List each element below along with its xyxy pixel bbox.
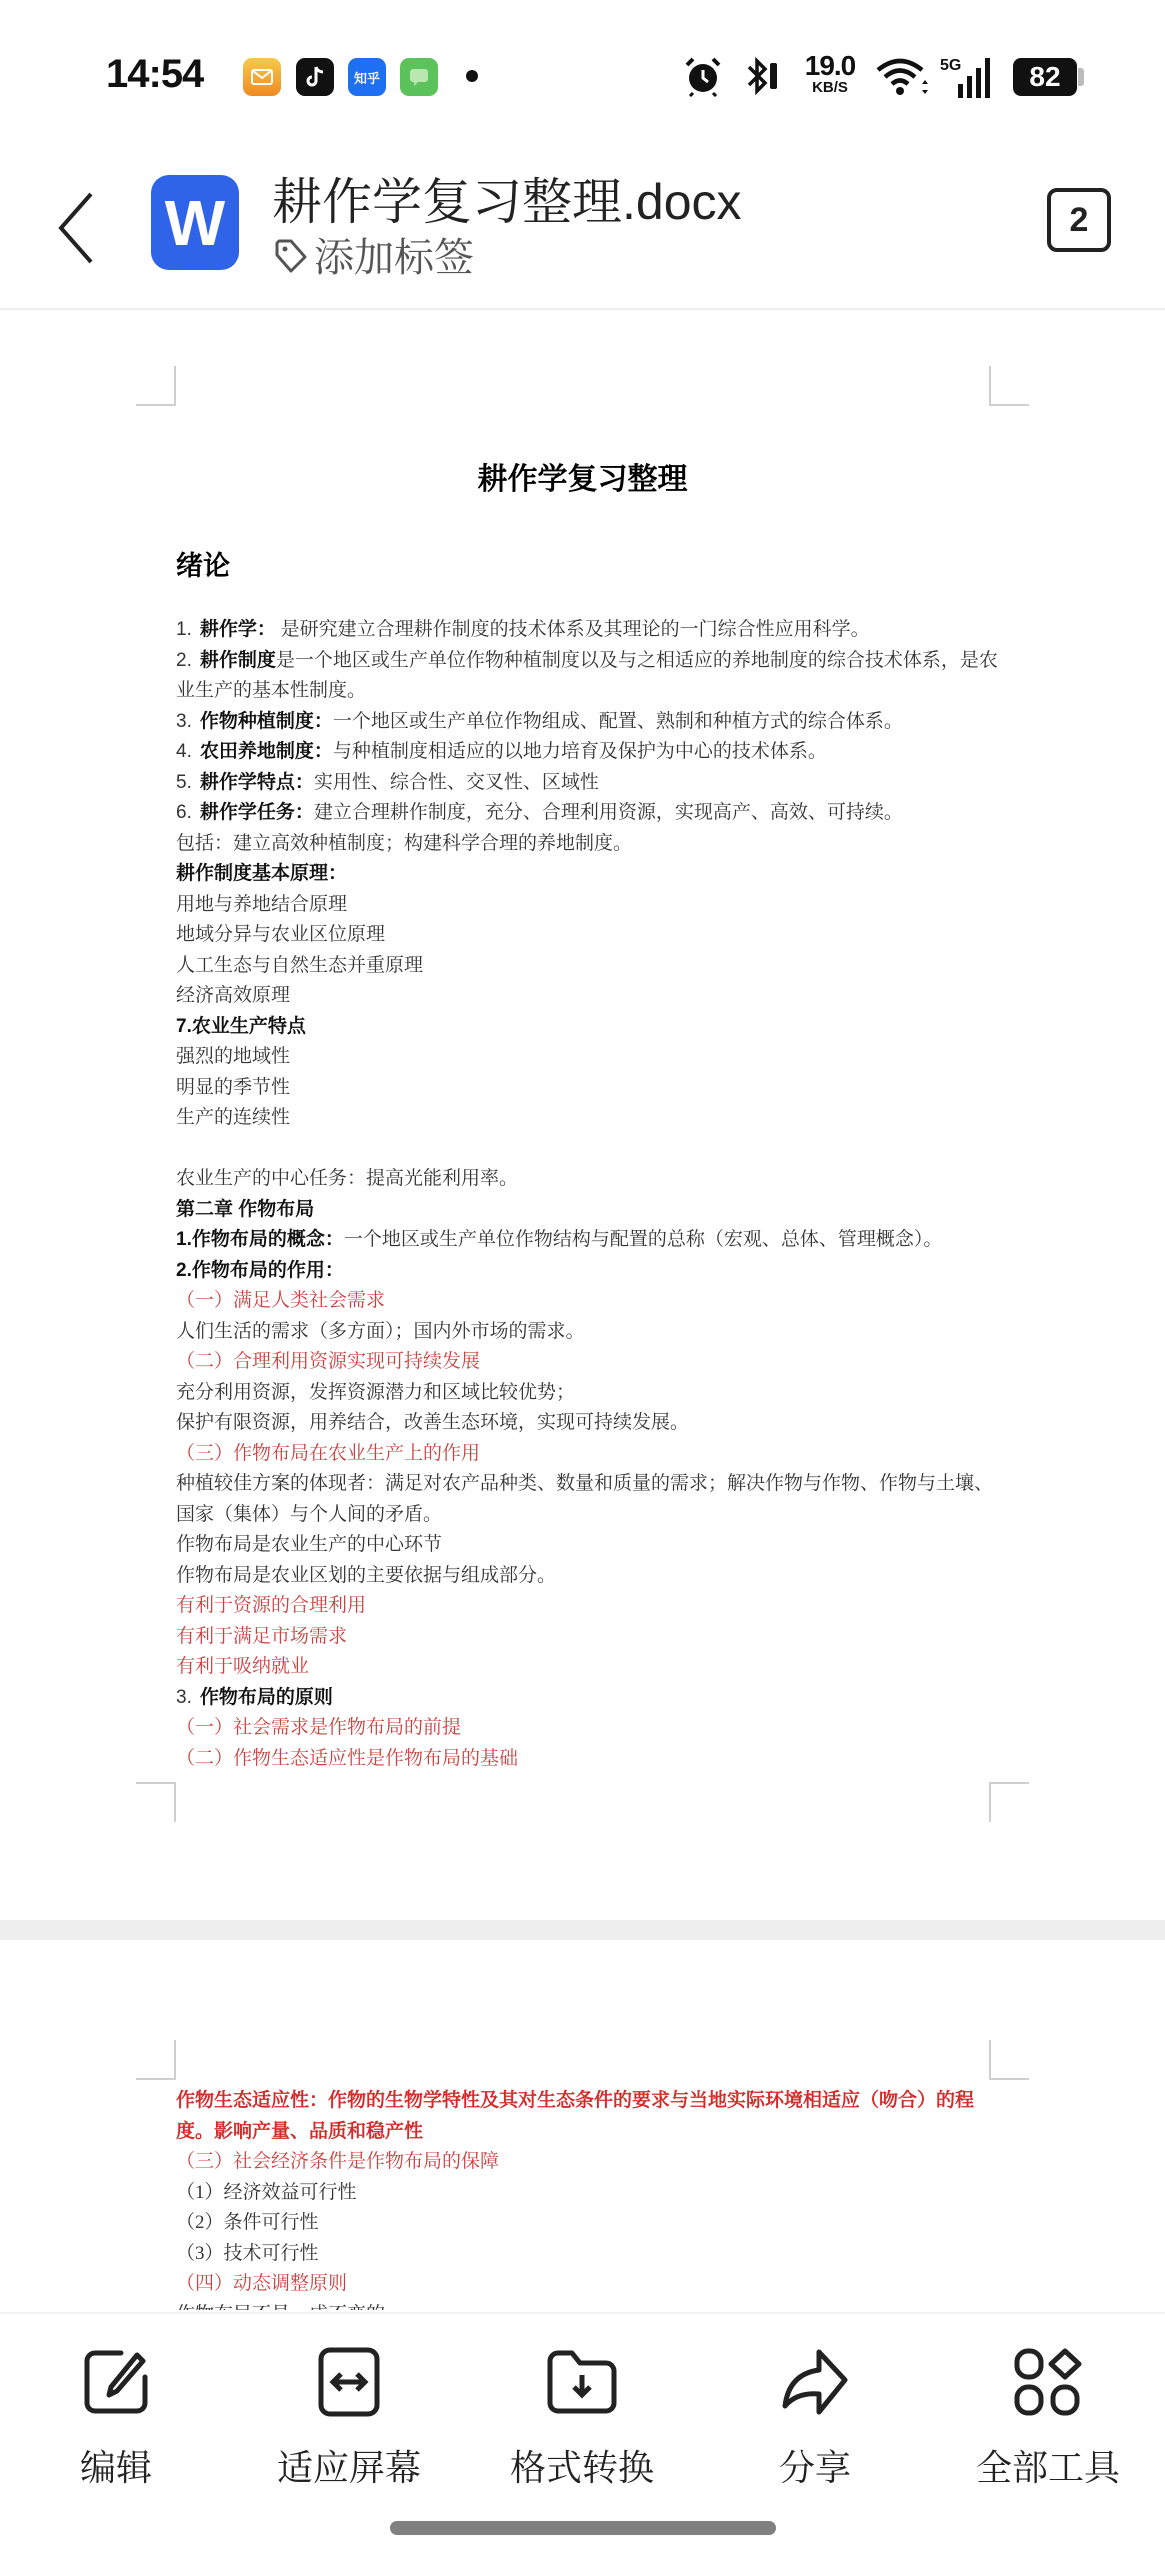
document-line: 5.耕作学特点：实用性、综合性、交叉性、区域性 (176, 768, 1006, 799)
tab-count: 2 (1070, 201, 1089, 240)
list-number: 6. (176, 802, 192, 823)
bluetooth-icon (742, 54, 782, 98)
line-text: 人工生态与自然生态并重原理 (176, 955, 423, 976)
status-time: 14:54 (106, 52, 203, 97)
document-line: （2）条件可行性 (176, 2208, 1006, 2239)
file-name: 耕作学复习整理.docx (272, 162, 742, 234)
highlighted-text: 作物生态适应性：作物的生物学特性及其对生态条件的要求与当地实际环境相适应（吻合）… (176, 2090, 974, 2142)
line-text: 明显的季节性 (176, 1077, 290, 1098)
document-line: 4.农田养地制度：与种植制度相适应的以地力培育及保护为中心的技术体系。 (176, 737, 1006, 768)
document-line: 6.耕作学任务：建立合理耕作制度，充分、合理利用资源，实现高产、高效、可持续。 (176, 798, 1006, 829)
line-text: 实用性、综合性、交叉性、区域性 (314, 772, 599, 793)
document-line: 强烈的地域性 (176, 1042, 1006, 1073)
grid-icon (1008, 2342, 1088, 2422)
line-text: 充分利用资源，发挥资源潜力和区域比较优势； (176, 1382, 575, 1403)
tab-count-button[interactable]: 2 (1047, 188, 1111, 252)
bold-term: 2.作物布局的作用： (176, 1260, 344, 1281)
crop-mark (136, 1782, 176, 1822)
all-tools-button[interactable]: 全部工具 (948, 2342, 1148, 2512)
highlighted-text: （一）满足人类社会需求 (176, 1290, 385, 1311)
line-text: 人们生活的需求（多方面）；国内外市场的需求。 (176, 1321, 585, 1342)
page-2-body: 作物生态适应性：作物的生物学特性及其对生态条件的要求与当地实际环境相适应（吻合）… (176, 2086, 1006, 2310)
mail-notification-icon (243, 58, 281, 96)
net-speed-unit: KB/S (800, 80, 860, 95)
document-line: 7.农业生产特点 (176, 1012, 1006, 1043)
line-text: 作物布局是农业生产的中心环节 (176, 1534, 442, 1555)
document-line: 作物布局是农业生产的中心环节 (176, 1530, 1006, 1561)
net-speed-value: 19.0 (800, 52, 860, 80)
line-text: 与种植制度相适应的以地力培育及保护为中心的技术体系。 (333, 741, 827, 762)
line-text: 生产的连续性 (176, 1107, 290, 1128)
crop-mark (989, 366, 1029, 406)
document-header: W 耕作学复习整理.docx 添加标签 2 (0, 150, 1165, 310)
document-line: 人工生态与自然生态并重原理 (176, 951, 1006, 982)
document-line: 有利于吸纳就业 (176, 1652, 1006, 1683)
line-text: 建立合理耕作制度，充分、合理利用资源，实现高产、高效、可持续。 (314, 802, 903, 823)
list-number: 1. (176, 619, 192, 640)
fit-screen-button[interactable]: 适应屏幕 (249, 2342, 449, 2512)
document-line: （四）动态调整原则 (176, 2269, 1006, 2300)
line-text: （3）技术可行性 (176, 2243, 319, 2264)
line-text: 作物布局是农业区划的主要依据与组成部分。 (176, 1565, 556, 1586)
line-text: 一个地区或生产单位作物组成、配置、熟制和种植方式的综合体系。 (333, 711, 903, 732)
alarm-icon (682, 54, 724, 98)
cellular-signal-icon: 5G (940, 54, 1000, 100)
document-line: （二）作物生态适应性是作物布局的基础 (176, 1744, 1006, 1775)
bold-term: 1.作物布局的概念： (176, 1229, 344, 1250)
line-text: 是一个地区或生产单位作物种植制度以及与之相适应的养地制度的综合技术体系，是农业生… (176, 650, 998, 702)
highlighted-text: 有利于资源的合理利用 (176, 1595, 366, 1616)
section-heading: 绪论 (176, 544, 230, 583)
document-line: 充分利用资源，发挥资源潜力和区域比较优势； (176, 1378, 1006, 1409)
more-notifications-dot (466, 70, 478, 82)
highlighted-text: （一）社会需求是作物布局的前提 (176, 1717, 461, 1738)
zhihu-label: 知乎 (354, 68, 380, 87)
highlighted-text: （二）作物生态适应性是作物布局的基础 (176, 1748, 518, 1769)
network-speed: 19.0 KB/S (800, 52, 860, 95)
highlighted-text: 有利于满足市场需求 (176, 1626, 347, 1647)
svg-text:5G: 5G (940, 57, 961, 74)
document-line: 种植较佳方案的体现者：满足对农产品种类、数量和质量的需求；解决作物与作物、作物与… (176, 1469, 1006, 1530)
highlighted-text: （三）作物布局在农业生产上的作用 (176, 1443, 480, 1464)
share-button[interactable]: 分享 (715, 2342, 915, 2512)
back-button[interactable] (40, 178, 110, 278)
document-page-1: 耕作学复习整理 绪论 1.耕作学： 是研究建立合理耕作制度的技术体系及其理论的一… (0, 312, 1165, 1920)
edit-button[interactable]: 编辑 (16, 2342, 216, 2512)
document-title: 耕作学复习整理 (0, 454, 1165, 498)
line-text: 保护有限资源，用养结合，改善生态环境，实现可持续发展。 (176, 1412, 689, 1433)
document-line: （二）合理利用资源实现可持续发展 (176, 1347, 1006, 1378)
line-text: 包括：建立高效种植制度；构建科学合理的养地制度。 (176, 833, 632, 854)
zhihu-notification-icon: 知乎 (348, 58, 386, 96)
edit-icon (76, 2342, 156, 2422)
folder-download-icon (542, 2342, 622, 2422)
crop-mark (136, 366, 176, 406)
document-line: 1.耕作学： 是研究建立合理耕作制度的技术体系及其理论的一门综合性应用科学。 (176, 615, 1006, 646)
document-page-2: 作物生态适应性：作物的生物学特性及其对生态条件的要求与当地实际环境相适应（吻合）… (0, 1940, 1165, 2310)
tag-icon (274, 235, 308, 275)
bold-term: 作物种植制度： (200, 711, 333, 732)
document-line: 用地与养地结合原理 (176, 890, 1006, 921)
document-line: （一）满足人类社会需求 (176, 1286, 1006, 1317)
format-convert-button[interactable]: 格式转换 (482, 2342, 682, 2512)
document-line: （1）经济效益可行性 (176, 2178, 1006, 2209)
fit-screen-label: 适应屏幕 (277, 2440, 421, 2491)
document-line: 第二章 作物布局 (176, 1195, 1006, 1226)
logo-letter: W (165, 186, 225, 260)
list-number: 5. (176, 772, 192, 793)
document-line: 经济高效原理 (176, 981, 1006, 1012)
format-convert-label: 格式转换 (510, 2440, 654, 2491)
line-text: 一个地区或生产单位作物结构与配置的总称（宏观、总体、管理概念）。 (344, 1229, 943, 1250)
bold-term: 耕作学特点： (200, 772, 314, 793)
bold-term: 农田养地制度： (200, 741, 333, 762)
document-line: 明显的季节性 (176, 1073, 1006, 1104)
bold-term: 耕作制度 (200, 650, 276, 671)
bold-term: 耕作学： (200, 619, 276, 640)
messages-notification-icon (400, 58, 438, 96)
line-text: 农业生产的中心任务：提高光能利用率。 (176, 1168, 518, 1189)
battery-indicator: 82 (1013, 58, 1077, 96)
document-line: 作物生态适应性：作物的生物学特性及其对生态条件的要求与当地实际环境相适应（吻合）… (176, 2086, 1006, 2147)
highlighted-text: （二）合理利用资源实现可持续发展 (176, 1351, 480, 1372)
battery-level: 82 (1029, 61, 1060, 93)
share-icon (775, 2342, 855, 2422)
document-line: （3）技术可行性 (176, 2239, 1006, 2270)
fit-screen-icon (309, 2342, 389, 2422)
document-line: 1.作物布局的概念：一个地区或生产单位作物结构与配置的总称（宏观、总体、管理概念… (176, 1225, 1006, 1256)
line-text: （1）经济效益可行性 (176, 2182, 357, 2203)
home-indicator[interactable] (390, 2521, 776, 2535)
document-line: 农业生产的中心任务：提高光能利用率。 (176, 1164, 1006, 1195)
line-text: 种植较佳方案的体现者：满足对农产品种类、数量和质量的需求；解决作物与作物、作物与… (176, 1473, 993, 1525)
crop-mark (989, 1782, 1029, 1822)
document-line: 2.耕作制度是一个地区或生产单位作物种植制度以及与之相适应的养地制度的综合技术体… (176, 646, 1006, 707)
document-line: 包括：建立高效种植制度；构建科学合理的养地制度。 (176, 829, 1006, 860)
wifi-icon (874, 54, 930, 100)
bold-term: 耕作制度基本原理： (176, 863, 347, 884)
document-line: （一）社会需求是作物布局的前提 (176, 1713, 1006, 1744)
document-line: 有利于满足市场需求 (176, 1622, 1006, 1653)
document-line: 作物布局不是一成不变的 (176, 2300, 1006, 2311)
add-tag-label: 添加标签 (314, 226, 474, 283)
list-number: 3. (176, 711, 192, 732)
list-number: 2. (176, 650, 192, 671)
document-line: 保护有限资源，用养结合，改善生态环境，实现可持续发展。 (176, 1408, 1006, 1439)
bold-term: 作物布局的原则 (200, 1687, 333, 1708)
highlighted-text: 有利于吸纳就业 (176, 1656, 309, 1677)
document-line: 有利于资源的合理利用 (176, 1591, 1006, 1622)
document-line: 地域分异与农业区位原理 (176, 920, 1006, 951)
line-text: 用地与养地结合原理 (176, 894, 347, 915)
bold-term: 第二章 作物布局 (176, 1199, 314, 1220)
highlighted-text: （三）社会经济条件是作物布局的保障 (176, 2151, 499, 2172)
document-line: 作物布局是农业区划的主要依据与组成部分。 (176, 1561, 1006, 1592)
list-number: 4. (176, 741, 192, 762)
line-text: 强烈的地域性 (176, 1046, 290, 1067)
bold-term: 耕作学任务： (200, 802, 314, 823)
status-bar: 14:54 知乎 19.0 KB/S 5G 82 (0, 0, 1165, 150)
edit-label: 编辑 (80, 2440, 152, 2491)
add-tag-button[interactable]: 添加标签 (274, 226, 474, 283)
line-text: 经济高效原理 (176, 985, 290, 1006)
line-text: 地域分异与农业区位原理 (176, 924, 385, 945)
document-line: （三）作物布局在农业生产上的作用 (176, 1439, 1006, 1470)
document-line: 3.作物布局的原则 (176, 1683, 1006, 1714)
document-line (176, 1134, 1006, 1165)
line-text: （2）条件可行性 (176, 2212, 319, 2233)
document-line: 3.作物种植制度：一个地区或生产单位作物组成、配置、熟制和种植方式的综合体系。 (176, 707, 1006, 738)
page-1-body: 1.耕作学： 是研究建立合理耕作制度的技术体系及其理论的一门综合性应用科学。2.… (176, 615, 1006, 1774)
all-tools-label: 全部工具 (976, 2440, 1120, 2491)
bold-term: 7.农业生产特点 (176, 1016, 306, 1037)
page-separator (0, 1920, 1165, 1940)
document-line: 生产的连续性 (176, 1103, 1006, 1134)
document-line: 耕作制度基本原理： (176, 859, 1006, 890)
line-text: 作物布局不是一成不变的 (176, 2304, 385, 2311)
crop-mark (136, 2040, 176, 2080)
chevron-left-icon (55, 190, 95, 266)
crop-mark (989, 2040, 1029, 2080)
document-line: 2.作物布局的作用： (176, 1256, 1006, 1287)
document-viewer[interactable]: 耕作学复习整理 绪论 1.耕作学： 是研究建立合理耕作制度的技术体系及其理论的一… (0, 312, 1165, 2310)
document-line: （三）社会经济条件是作物布局的保障 (176, 2147, 1006, 2178)
battery-tip (1078, 68, 1084, 86)
line-text: 是研究建立合理耕作制度的技术体系及其理论的一门综合性应用科学。 (276, 619, 870, 640)
highlighted-text: （四）动态调整原则 (176, 2273, 347, 2294)
list-number: 3. (176, 1687, 192, 1708)
tiktok-notification-icon (296, 58, 334, 96)
document-line: 人们生活的需求（多方面）；国内外市场的需求。 (176, 1317, 1006, 1348)
share-label: 分享 (779, 2440, 851, 2491)
word-doc-logo: W (151, 175, 239, 270)
